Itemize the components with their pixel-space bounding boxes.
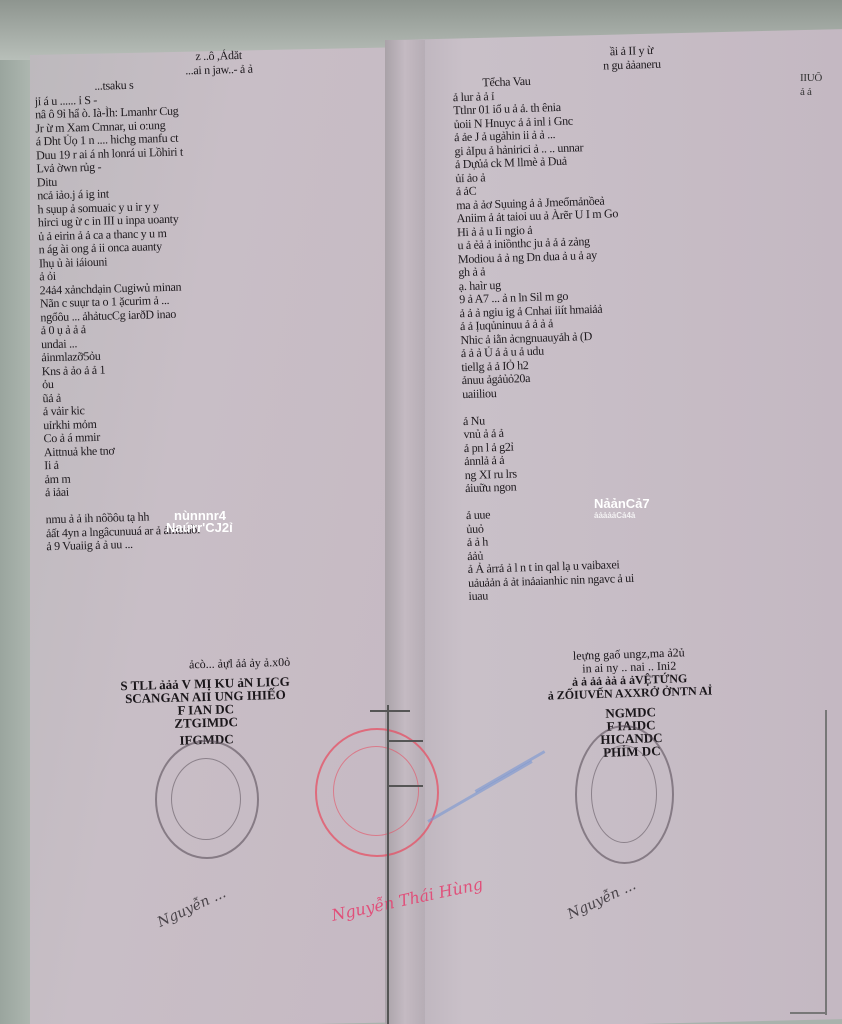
book-spine bbox=[385, 40, 425, 1024]
red-seal-inner-ring bbox=[333, 746, 419, 836]
left-signing-block: ảcò... ảựl ảả ảy ả.x0ỏ S TLL ảảả V MỊ KU… bbox=[119, 656, 292, 748]
frame-divider-horizontal bbox=[370, 710, 410, 712]
frame-divider-horizontal bbox=[388, 785, 423, 787]
left-official-stamp bbox=[155, 740, 259, 859]
left-page-text: z ..ô ,Ádăt ...ai n jaw..- ả ả ...tsaku … bbox=[34, 46, 377, 554]
stamp-inner-ring bbox=[171, 758, 241, 840]
frame-divider-vertical bbox=[387, 705, 389, 1024]
stamp-inner-ring bbox=[591, 745, 657, 843]
left-body-lines: jỉ á u ...... ỉ S -nâ ô 9ỉ hẩ ò. Ià-Ìh: … bbox=[35, 86, 377, 553]
right-number-tag: NảảnCả7 ảảảảảCả4ả bbox=[594, 498, 650, 522]
frame-divider-horizontal bbox=[388, 740, 423, 742]
left-number-tag: nùnnnr4 Naứrr'CJ2ỉ bbox=[166, 510, 233, 534]
right-body-lines: ả lur ả ả ỉTtlnr 01 iổ u ả ả. th ênia ủo… bbox=[453, 80, 799, 603]
right-frame-line bbox=[790, 1012, 827, 1014]
right-official-stamp bbox=[575, 725, 674, 864]
red-seal-stamp bbox=[315, 728, 439, 857]
right-edge-text: IIUỐ ả ả bbox=[800, 72, 822, 99]
right-frame-line bbox=[825, 710, 827, 1015]
